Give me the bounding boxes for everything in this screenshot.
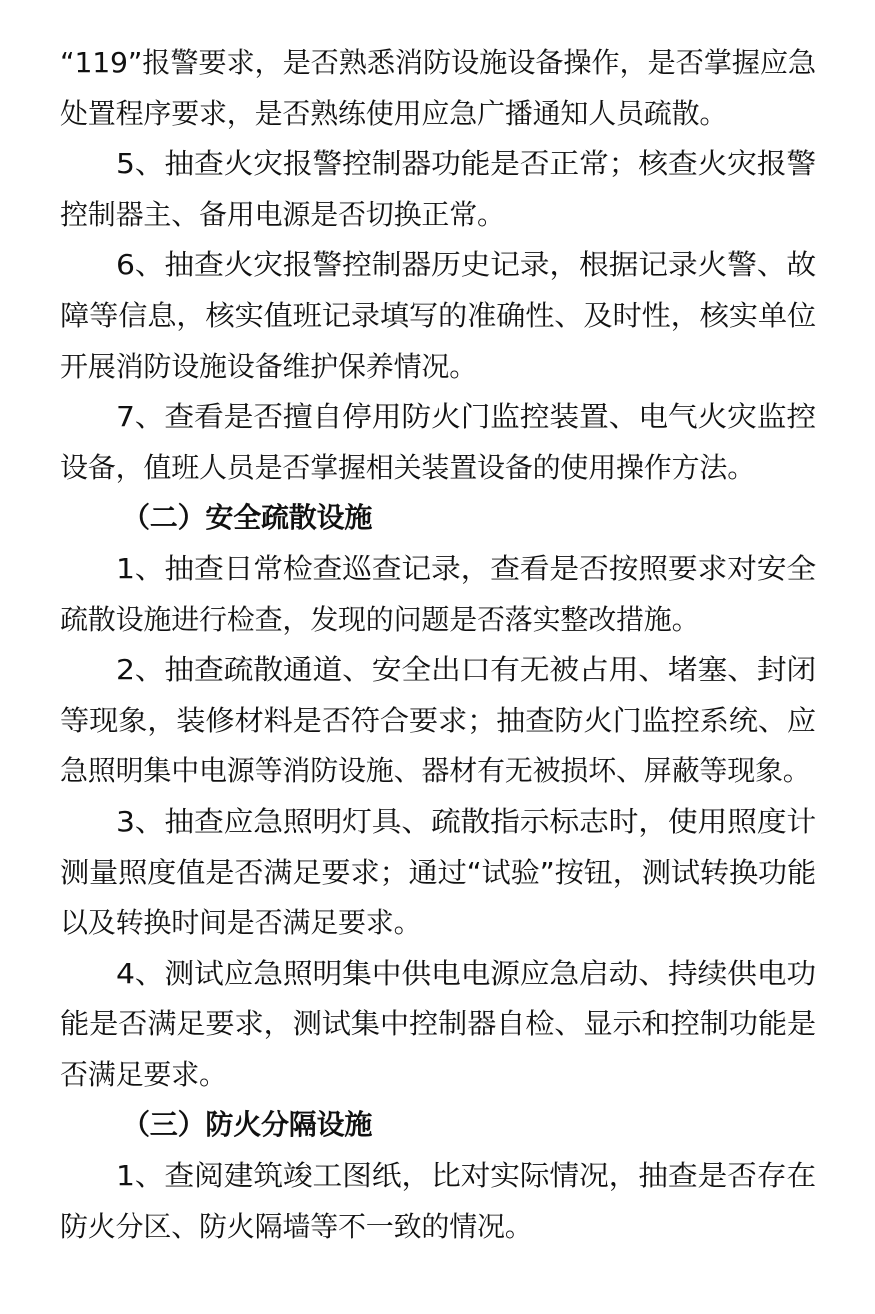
paragraph-s2-item-2: 2、抽查疏散通道、安全出口有无被占用、堵塞、封闭 等现象，装修材料是否符合要求；…: [60, 645, 816, 797]
text-line: 急照明集中电源等消防设施、器材有无被损坏、屏蔽等现象。: [60, 746, 816, 797]
text-line: 以及转换时间是否满足要求。: [60, 898, 816, 949]
document-page: “119”报警要求，是否熟悉消防设施设备操作，是否掌握应急 处置程序要求，是否熟…: [60, 38, 816, 1252]
text-line: 疏散设施进行检查，发现的问题是否落实整改措施。: [60, 595, 816, 646]
section-heading-evacuation: （二）安全疏散设施: [60, 493, 816, 544]
text-line: 4、测试应急照明集中供电电源应急启动、持续供电功: [60, 949, 816, 1000]
paragraph-s2-item-1: 1、抽查日常检查巡查记录，查看是否按照要求对安全 疏散设施进行检查，发现的问题是…: [60, 544, 816, 645]
text-line: 5、抽查火灾报警控制器功能是否正常；核查火灾报警: [60, 139, 816, 190]
text-line: 测量照度值是否满足要求；通过“试验”按钮，测试转换功能: [60, 848, 816, 899]
paragraph-item-5: 5、抽查火灾报警控制器功能是否正常；核查火灾报警 控制器主、备用电源是否切换正常…: [60, 139, 816, 240]
text-line: 6、抽查火灾报警控制器历史记录，根据记录火警、故: [60, 240, 816, 291]
text-line: 等现象，装修材料是否符合要求；抽查防火门监控系统、应: [60, 696, 816, 747]
text-line: “119”报警要求，是否熟悉消防设施设备操作，是否掌握应急: [60, 38, 816, 89]
text-line: 处置程序要求，是否熟练使用应急广播通知人员疏散。: [60, 89, 816, 140]
text-line: 否满足要求。: [60, 1050, 816, 1101]
text-line: 设备，值班人员是否掌握相关装置设备的使用操作方法。: [60, 443, 816, 494]
paragraph-s2-item-3: 3、抽查应急照明灯具、疏散指示标志时，使用照度计 测量照度值是否满足要求；通过“…: [60, 797, 816, 949]
paragraph-item-7: 7、查看是否擅自停用防火门监控装置、电气火灾监控 设备，值班人员是否掌握相关装置…: [60, 392, 816, 493]
text-line: 控制器主、备用电源是否切换正常。: [60, 190, 816, 241]
paragraph-s3-item-1: 1、查阅建筑竣工图纸，比对实际情况，抽查是否存在 防火分区、防火隔墙等不一致的情…: [60, 1151, 816, 1252]
paragraph-continuation: “119”报警要求，是否熟悉消防设施设备操作，是否掌握应急 处置程序要求，是否熟…: [60, 38, 816, 139]
text-line: 1、抽查日常检查巡查记录，查看是否按照要求对安全: [60, 544, 816, 595]
text-line: 7、查看是否擅自停用防火门监控装置、电气火灾监控: [60, 392, 816, 443]
text-line: 障等信息，核实值班记录填写的准确性、及时性，核实单位: [60, 291, 816, 342]
text-line: 1、查阅建筑竣工图纸，比对实际情况，抽查是否存在: [60, 1151, 816, 1202]
text-line: 3、抽查应急照明灯具、疏散指示标志时，使用照度计: [60, 797, 816, 848]
paragraph-item-6: 6、抽查火灾报警控制器历史记录，根据记录火警、故 障等信息，核实值班记录填写的准…: [60, 240, 816, 392]
text-line: 防火分区、防火隔墙等不一致的情况。: [60, 1202, 816, 1253]
text-line: 能是否满足要求，测试集中控制器自检、显示和控制功能是: [60, 999, 816, 1050]
text-line: 2、抽查疏散通道、安全出口有无被占用、堵塞、封闭: [60, 645, 816, 696]
text-line: 开展消防设施设备维护保养情况。: [60, 342, 816, 393]
paragraph-s2-item-4: 4、测试应急照明集中供电电源应急启动、持续供电功 能是否满足要求，测试集中控制器…: [60, 949, 816, 1101]
section-heading-fire-separation: （三）防火分隔设施: [60, 1100, 816, 1151]
